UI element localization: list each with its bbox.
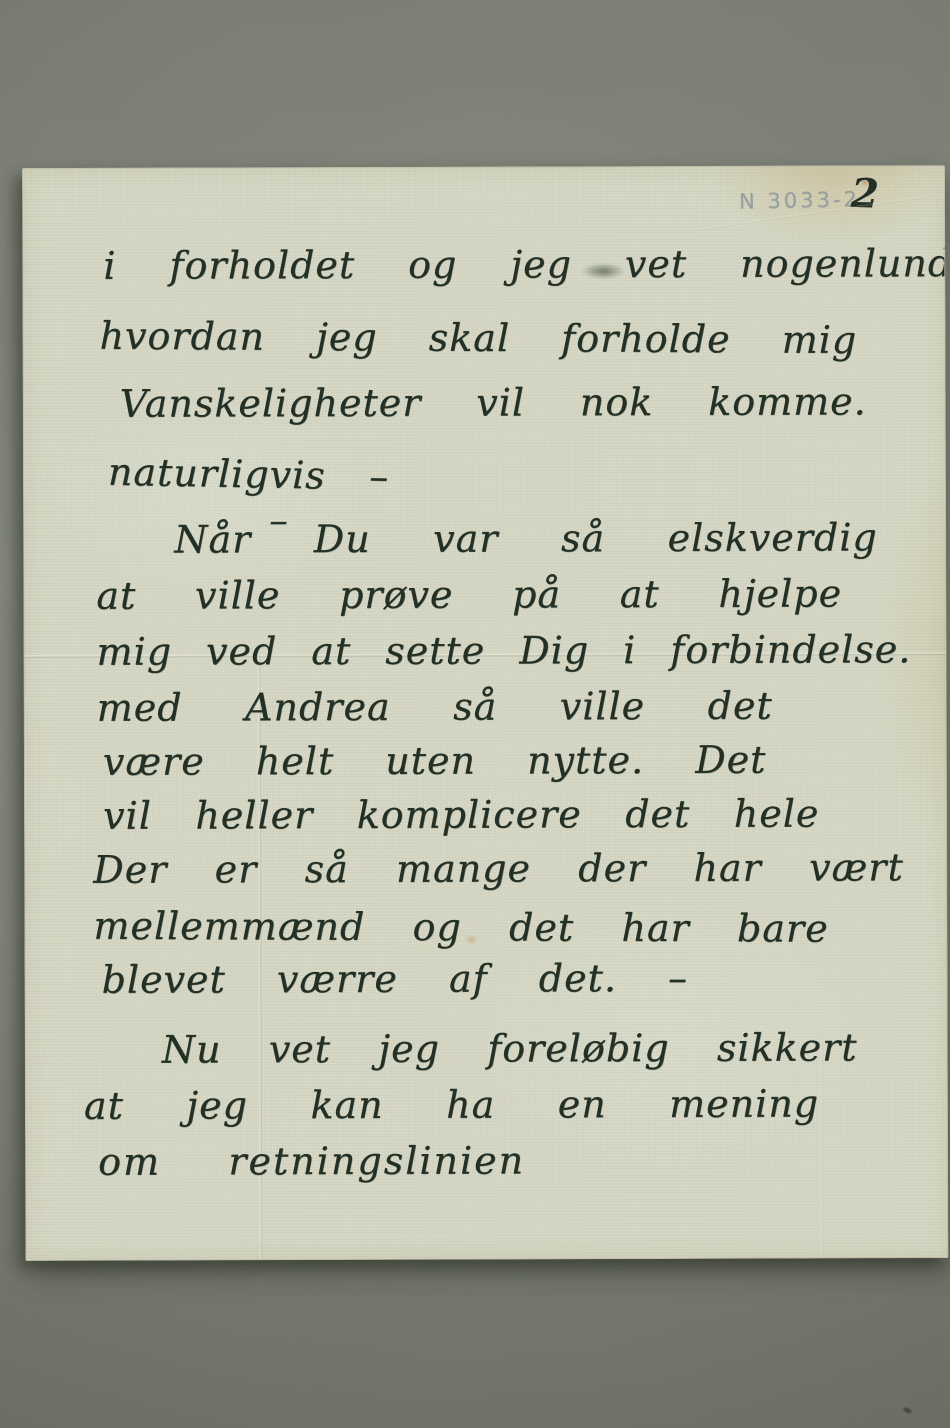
handwritten-line: hvordan jeg skal forholde mig <box>99 315 857 363</box>
handwritten-line: at ville prøve på at hjelpe <box>96 572 842 618</box>
handwritten-line: Når Du var så elskverdig <box>174 516 878 562</box>
handwritten-line: Vanskeligheter vil nok komme. <box>120 380 867 426</box>
handwritten-line: med Andrea så ville det <box>97 685 773 731</box>
handwritten-line: Nu vet jeg foreløbig sikkert <box>162 1026 858 1072</box>
fold-crease-vertical <box>821 1046 824 1259</box>
handwritten-line: om retningslinien <box>98 1139 525 1184</box>
handwritten-line: naturligvis – <box>108 451 390 500</box>
handwritten-line: i forholdet og jeg vet nogenlunde <box>103 242 948 288</box>
handwritten-line: vil heller komplicere det hele <box>103 792 819 838</box>
handwritten-line: Der er så mange der har vært <box>93 846 904 892</box>
dust-speck <box>902 1406 912 1414</box>
handwritten-line: blevet værre af det. – <box>101 957 688 1003</box>
archival-stamp: N 3033-2 <box>739 187 860 213</box>
letter-paper: N 3033-2 2 i forholdet og jeg vet nogenl… <box>22 165 948 1261</box>
handwritten-line: være helt uten nytte. Det <box>103 739 767 785</box>
handwritten-line: mig ved at sette Dig i forbindelse. <box>96 628 911 674</box>
photo-background: { "paper": { "archival_stamp": "N 3033-2… <box>0 0 950 1428</box>
page-number: 2 <box>850 170 879 218</box>
handwritten-line: mellemmænd og det har bare <box>93 905 828 952</box>
handwritten-line: at jeg kan ha en mening <box>84 1083 819 1129</box>
